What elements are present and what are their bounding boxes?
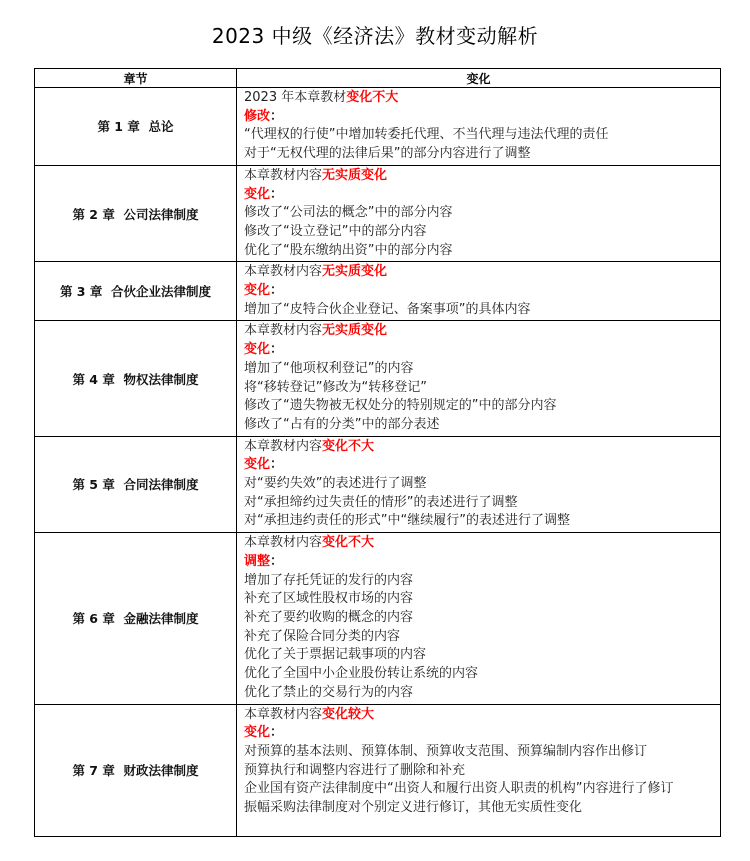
change-item: 优化了“股东缴纳出资”中的部分内容 [244,242,714,261]
summary-line: 2023 年本章教材变化不大 [244,89,714,108]
section-label-line: 变化： [244,724,714,743]
section-colon: ： [270,342,283,357]
summary-prefix: 本章教材内容 [244,168,322,183]
change-item: 修改了“占有的分类”中的部分表述 [244,416,714,435]
section-label-line: 变化： [244,456,714,475]
summary-line: 本章教材内容变化不大 [244,534,714,553]
section-label: 修改 [244,109,270,124]
change-item: 对“承担违约责任的形式”中“继续履行”的表述进行了调整 [244,512,714,531]
section-label-line: 调整： [244,553,714,572]
table-body: 第 1 章 总论2023 年本章教材变化不大修改：“代理权的行使”中增加转委托代… [35,88,721,837]
change-item: 振幅采购法律制度对个别定义进行修订，其他无实质性变化 [244,799,714,818]
change-item: “代理权的行使”中增加转委托代理、不当代理与违法代理的责任 [244,126,714,145]
change-item: 对预算的基本法则、预算体制、预算收支范围、预算编制内容作出修订 [244,743,714,762]
summary-prefix: 本章教材内容 [244,264,322,279]
chapter-cell: 第 6 章 金融法律制度 [35,533,237,704]
change-item: 增加了“皮特合伙企业登记、备案事项”的具体内容 [244,301,714,320]
summary-prefix: 本章教材内容 [244,707,322,722]
change-cell: 本章教材内容无实质变化变化：增加了“他项权利登记”的内容将“移转登记”修改为“转… [237,321,721,436]
change-item: 对“承担缔约过失责任的情形”的表述进行了调整 [244,494,714,513]
change-item: 对于“无权代理的法律后果”的部分内容进行了调整 [244,145,714,164]
section-colon: ： [270,554,283,569]
table-row: 第 5 章 合同法律制度本章教材内容变化不大变化：对“要约失效”的表述进行了调整… [35,436,721,533]
summary-highlight: 无实质变化 [322,323,387,338]
change-item: 优化了禁止的交易行为的内容 [244,684,714,703]
summary-line: 本章教材内容变化不大 [244,438,714,457]
section-label: 变化 [244,283,270,298]
table-row: 第 7 章 财政法律制度本章教材内容变化较大变化：对预算的基本法则、预算体制、预… [35,704,721,836]
section-label: 变化 [244,457,270,472]
section-label: 变化 [244,342,270,357]
table-row: 第 2 章 公司法律制度本章教材内容无实质变化变化：修改了“公司法的概念”中的部… [35,165,721,262]
table-row: 第 3 章 合伙企业法律制度本章教材内容无实质变化变化：增加了“皮特合伙企业登记… [35,262,721,321]
change-item: 增加了“他项权利登记”的内容 [244,360,714,379]
change-cell: 本章教材内容变化较大变化：对预算的基本法则、预算体制、预算收支范围、预算编制内容… [237,704,721,836]
change-item: 优化了全国中小企业股份转让系统的内容 [244,665,714,684]
change-item: 优化了关于票据记载事项的内容 [244,646,714,665]
summary-highlight: 无实质变化 [322,264,387,279]
summary-line: 本章教材内容无实质变化 [244,167,714,186]
summary-line: 本章教材内容无实质变化 [244,263,714,282]
change-cell: 2023 年本章教材变化不大修改：“代理权的行使”中增加转委托代理、不当代理与违… [237,88,721,166]
chapter-cell: 第 5 章 合同法律制度 [35,436,237,533]
summary-highlight: 无实质变化 [322,168,387,183]
section-label-line: 变化： [244,186,714,205]
summary-highlight: 变化不大 [346,90,398,105]
section-colon: ： [270,109,283,124]
change-item: 增加了存托凭证的发行的内容 [244,572,714,591]
table-header-row: 章节 变化 [35,69,721,88]
summary-highlight: 变化不大 [322,535,374,550]
change-cell: 本章教材内容无实质变化变化：修改了“公司法的概念”中的部分内容修改了“设立登记”… [237,165,721,262]
summary-prefix: 本章教材内容 [244,323,322,338]
section-label: 变化 [244,187,270,202]
section-colon: ： [270,725,283,740]
section-label: 变化 [244,725,270,740]
table-row: 第 6 章 金融法律制度本章教材内容变化不大调整：增加了存托凭证的发行的内容补充… [35,533,721,704]
change-item: 对“要约失效”的表述进行了调整 [244,475,714,494]
chapter-cell: 第 4 章 物权法律制度 [35,321,237,436]
summary-highlight: 变化不大 [322,439,374,454]
chapter-cell: 第 2 章 公司法律制度 [35,165,237,262]
summary-prefix: 本章教材内容 [244,439,322,454]
section-colon: ： [270,187,283,202]
chapter-cell: 第 3 章 合伙企业法律制度 [35,262,237,321]
section-label: 调整 [244,554,270,569]
summary-line: 本章教材内容变化较大 [244,706,714,725]
change-cell: 本章教材内容变化不大变化：对“要约失效”的表述进行了调整对“承担缔约过失责任的情… [237,436,721,533]
section-label-line: 修改： [244,108,714,127]
summary-highlight: 变化较大 [322,707,374,722]
header-change: 变化 [237,69,721,88]
change-item: 修改了“遗失物被无权处分的特别规定的”中的部分内容 [244,397,714,416]
table-row: 第 4 章 物权法律制度本章教材内容无实质变化变化：增加了“他项权利登记”的内容… [35,321,721,436]
change-item: 补充了保险合同分类的内容 [244,628,714,647]
section-label-line: 变化： [244,282,714,301]
section-colon: ： [270,457,283,472]
summary-prefix: 本章教材内容 [244,535,322,550]
change-cell: 本章教材内容无实质变化变化：增加了“皮特合伙企业登记、备案事项”的具体内容 [237,262,721,321]
change-item: 补充了区域性股权市场的内容 [244,590,714,609]
changes-table: 章节 变化 第 1 章 总论2023 年本章教材变化不大修改：“代理权的行使”中… [34,68,721,837]
section-colon: ： [270,283,283,298]
change-item: 将“移转登记”修改为“转移登记” [244,379,714,398]
chapter-cell: 第 7 章 财政法律制度 [35,704,237,836]
table-row: 第 1 章 总论2023 年本章教材变化不大修改：“代理权的行使”中增加转委托代… [35,88,721,166]
change-item: 预算执行和调整内容进行了删除和补充 [244,762,714,781]
summary-line: 本章教材内容无实质变化 [244,322,714,341]
document-title: 2023 中级《经济法》教材变动解析 [0,20,750,49]
section-label-line: 变化： [244,341,714,360]
change-item: 修改了“设立登记”中的部分内容 [244,223,714,242]
change-item: 补充了要约收购的概念的内容 [244,609,714,628]
header-chapter: 章节 [35,69,237,88]
change-cell: 本章教材内容变化不大调整：增加了存托凭证的发行的内容补充了区域性股权市场的内容补… [237,533,721,704]
change-item: 企业国有资产法律制度中“出资人和履行出资人职责的机构”内容进行了修订 [244,780,714,799]
summary-prefix: 2023 年本章教材 [244,90,346,105]
change-item: 修改了“公司法的概念”中的部分内容 [244,204,714,223]
chapter-cell: 第 1 章 总论 [35,88,237,166]
